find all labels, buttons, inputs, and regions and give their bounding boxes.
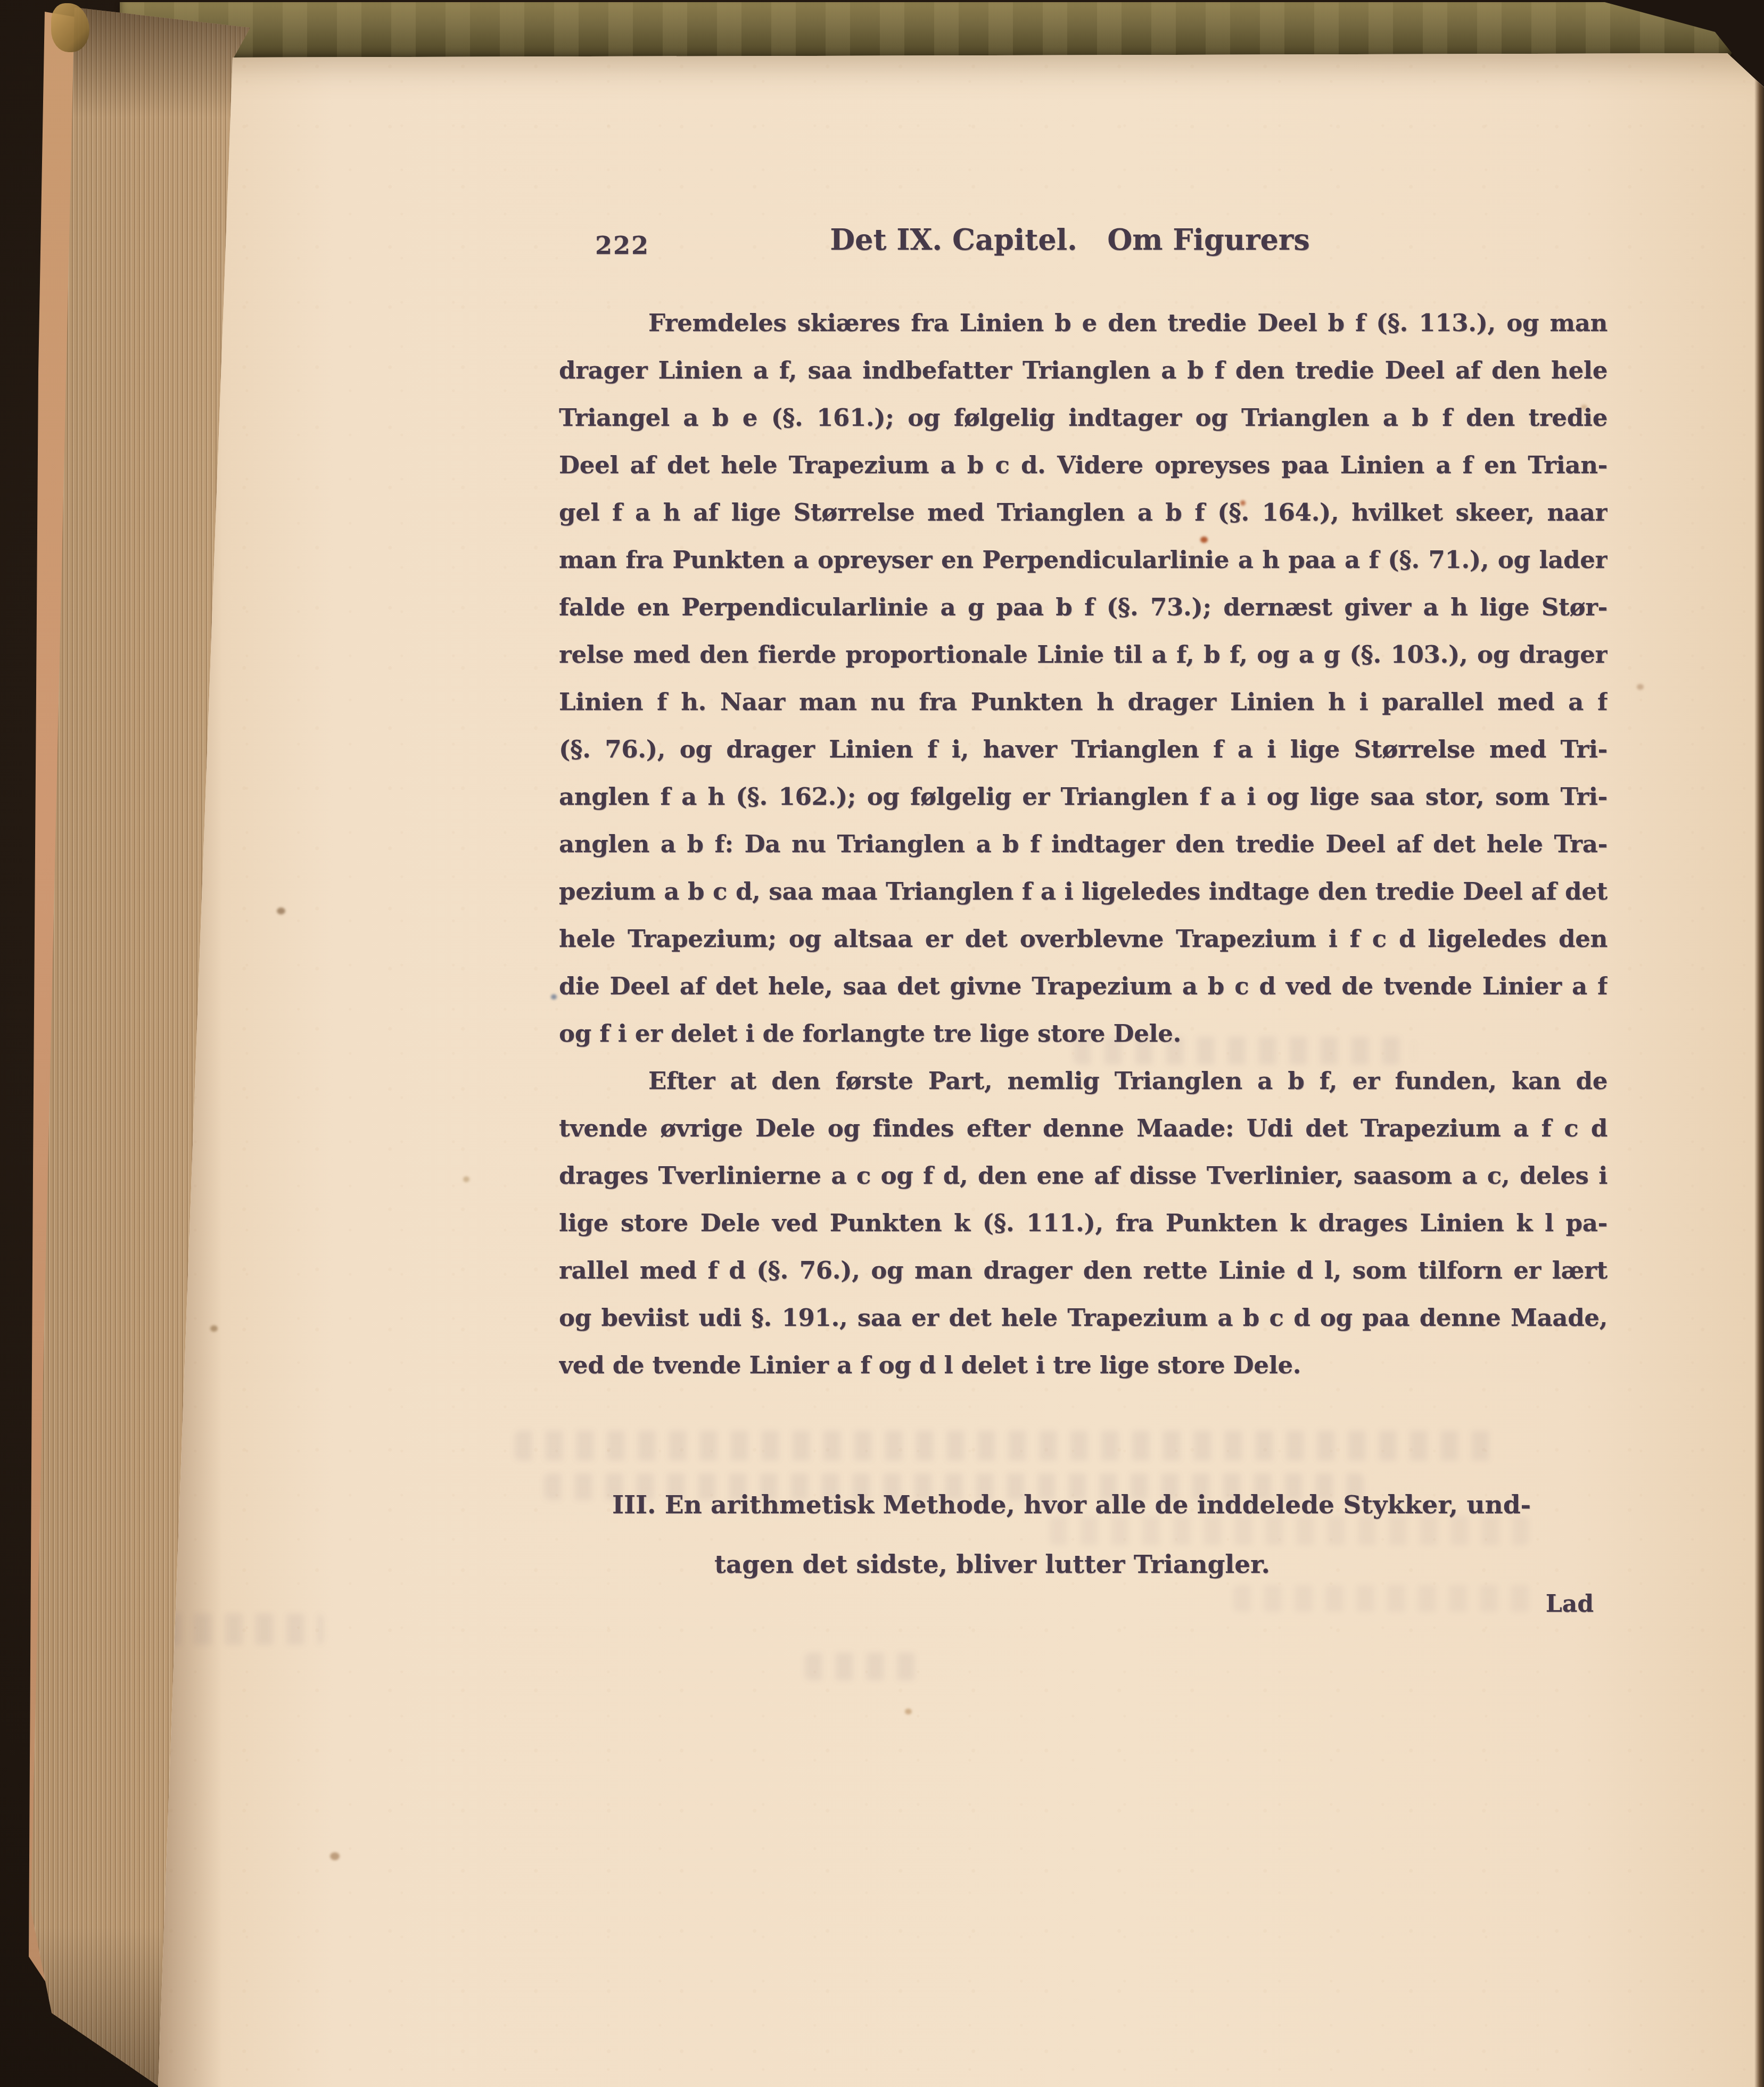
body-text: Fremdeles skiæres fra Linien b e den tre… — [559, 299, 1608, 1389]
showthrough-smudge — [515, 1431, 1494, 1461]
book-page: 222 Det IX. Capitel. Om Figurers Fremdel… — [158, 53, 1764, 2087]
text-line: og beviist udi §. 191., saa er det hele … — [559, 1294, 1608, 1341]
catchword: Lad — [559, 1590, 1608, 1618]
foxing-speck — [551, 994, 557, 1000]
foxing-speck — [277, 908, 285, 914]
text-line: anglen f a h (§. 162.); og følgelig er T… — [559, 773, 1608, 820]
text-line: anglen a b f: Da nu Trianglen a b f indt… — [559, 820, 1608, 868]
text-line: og f i er delet i de forlangte tre lige … — [559, 1010, 1608, 1057]
foxing-speck — [210, 1325, 218, 1332]
text-line: ved de tvende Linier a f og d l delet i … — [559, 1341, 1608, 1389]
showthrough-smudge — [805, 1653, 917, 1680]
foxing-speck — [463, 1176, 469, 1182]
foxing-speck — [1637, 684, 1644, 690]
text-line: Deel af det hele Trapezium a b c d. Vide… — [559, 441, 1608, 489]
text-line: pezium a b c d, saa maa Trianglen f a i … — [559, 868, 1608, 915]
foxing-speck — [330, 1852, 340, 1860]
section-heading-line1: III. En arithmetisk Methode, hvor alle d… — [559, 1475, 1608, 1535]
section-heading: III. En arithmetisk Methode, hvor alle d… — [559, 1475, 1608, 1595]
foxing-speck — [905, 1709, 912, 1714]
text-line: drages Tverlinierne a c og f d, den ene … — [559, 1152, 1608, 1199]
page-header: 222 Det IX. Capitel. Om Figurers — [559, 222, 1608, 270]
showthrough-smudge — [163, 1614, 323, 1645]
text-line: lige store Dele ved Punkten k (§. 111.),… — [559, 1199, 1608, 1247]
text-line: rallel med f d (§. 76.), og man drager d… — [559, 1247, 1608, 1294]
text-line: drager Linien a f, saa indbefatter Trian… — [559, 347, 1608, 394]
section-heading-line2: tagen det sidste, bliver lutter Triangle… — [559, 1535, 1608, 1595]
text-line: die Deel af det hele, saa det givne Trap… — [559, 962, 1608, 1010]
text-line: Fremdeles skiæres fra Linien b e den tre… — [559, 299, 1608, 347]
text-line: gel f a h af lige Størrelse med Triangle… — [559, 489, 1608, 536]
text-line: Triangel a b e (§. 161.); og følgelig in… — [559, 394, 1608, 441]
text-line: Efter at den første Part, nemlig Triangl… — [559, 1057, 1608, 1104]
text-line: relse med den fierde proportionale Linie… — [559, 631, 1608, 678]
text-line: Linien f h. Naar man nu fra Punkten h dr… — [559, 678, 1608, 725]
book-photograph: 222 Det IX. Capitel. Om Figurers Fremdel… — [0, 0, 1764, 2087]
text-line: tvende øvrige Dele og findes efter denne… — [559, 1104, 1608, 1152]
text-line: hele Trapezium; og altsaa er det overble… — [559, 915, 1608, 962]
text-line: (§. 76.), og drager Linien f i, haver Tr… — [559, 725, 1608, 773]
running-title: Det IX. Capitel. Om Figurers — [559, 222, 1608, 257]
book-top-edge-stain — [120, 2, 1733, 62]
text-line: man fra Punkten a opreyser en Perpendicu… — [559, 536, 1608, 583]
text-line: falde en Perpendicularlinie a g paa b f … — [559, 583, 1608, 631]
